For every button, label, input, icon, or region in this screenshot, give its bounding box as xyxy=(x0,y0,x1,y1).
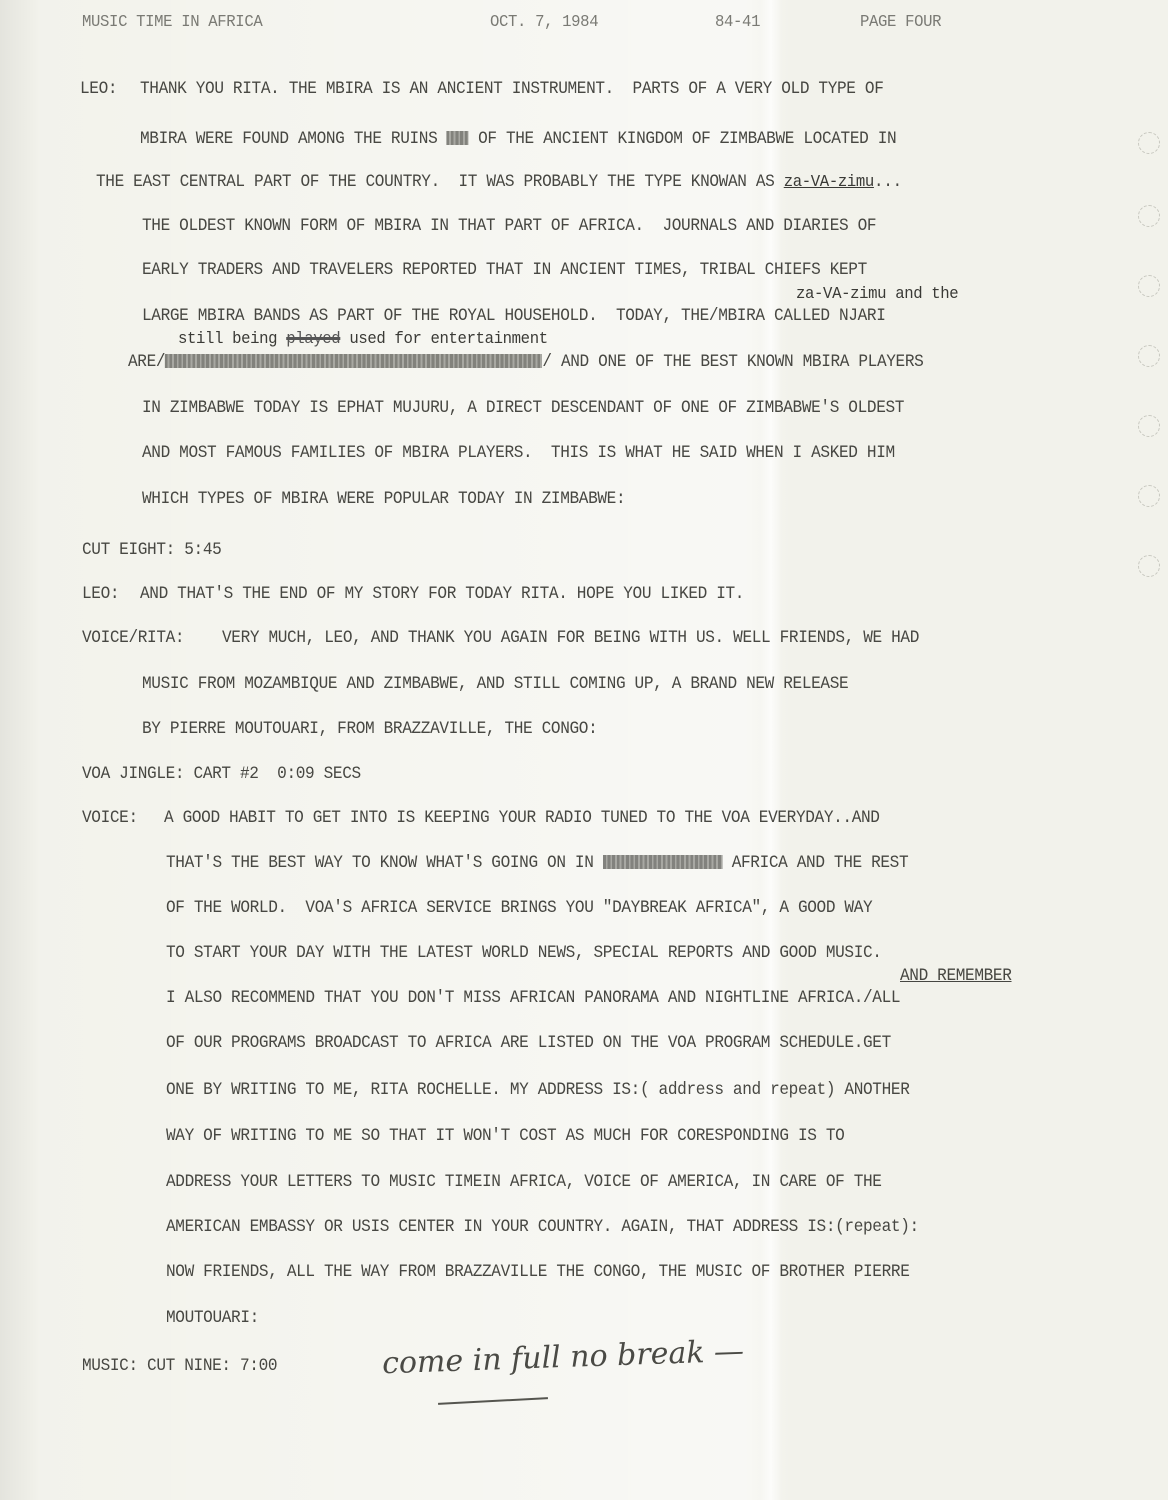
audio-cue-cut-eight: CUT EIGHT: 5:45 xyxy=(82,540,221,560)
page-number: PAGE FOUR xyxy=(860,13,941,32)
script-line: THE OLDEST KNOWN FORM OF MBIRA IN THAT P… xyxy=(142,216,876,236)
script-line: MUSIC FROM MOZAMBIQUE AND ZIMBABWE, AND … xyxy=(142,674,848,694)
script-line: MOUTOUARI: xyxy=(166,1308,259,1328)
script-line: EARLY TRADERS AND TRAVELERS REPORTED THA… xyxy=(142,260,867,280)
term-za-va-zimu: za-VA-zimu xyxy=(784,173,874,192)
script-line: BY PIERRE MOUTOUARI, FROM BRAZZAVILLE, T… xyxy=(142,719,597,739)
redaction-mark xyxy=(447,131,469,145)
script-line: AMERICAN EMBASSY OR USIS CENTER IN YOUR … xyxy=(166,1217,919,1237)
script-line: A GOOD HABIT TO GET INTO IS KEEPING YOUR… xyxy=(164,808,880,828)
handtyped-insertion: still being played used for entertainmen… xyxy=(178,330,548,349)
script-line: THANK YOU RITA. THE MBIRA IS AN ANCIENT … xyxy=(140,79,883,99)
handtyped-insertion: AND REMEMBER xyxy=(900,966,1012,986)
script-line: TO START YOUR DAY WITH THE LATEST WORLD … xyxy=(166,943,882,963)
script-line: MBIRA WERE FOUND AMONG THE RUINS OF THE … xyxy=(140,129,896,149)
program-title: MUSIC TIME IN AFRICA xyxy=(82,13,262,32)
script-line: IN ZIMBABWE TODAY IS EPHAT MUJURU, A DIR… xyxy=(142,398,904,418)
script-line: AND THAT'S THE END OF MY STORY FOR TODAY… xyxy=(140,584,744,604)
binder-hole xyxy=(1138,132,1160,154)
script-line: ADDRESS YOUR LETTERS TO MUSIC TIMEIN AFR… xyxy=(166,1172,882,1192)
speaker-voice: VOICE: xyxy=(82,808,138,828)
handtyped-insertion: za-VA-zimu and the xyxy=(796,285,958,304)
script-line: NOW FRIENDS, ALL THE WAY FROM BRAZZAVILL… xyxy=(166,1262,909,1282)
binder-hole xyxy=(1138,275,1160,297)
binder-hole xyxy=(1138,555,1160,577)
redaction-mark xyxy=(603,855,723,869)
audio-cue-jingle: VOA JINGLE: CART #2 0:09 SECS xyxy=(82,764,361,784)
binder-hole xyxy=(1138,415,1160,437)
script-line: VERY MUCH, LEO, AND THANK YOU AGAIN FOR … xyxy=(222,628,919,648)
speaker-leo: LEO: xyxy=(82,584,119,604)
script-line: I ALSO RECOMMEND THAT YOU DON'T MISS AFR… xyxy=(166,988,900,1008)
binder-hole xyxy=(1138,345,1160,367)
speaker-leo: LEO: xyxy=(80,79,117,99)
script-line: WAY OF WRITING TO ME SO THAT IT WON'T CO… xyxy=(166,1126,844,1146)
speaker-rita: VOICE/RITA: xyxy=(82,628,184,648)
script-line: ONE BY WRITING TO ME, RITA ROCHELLE. MY … xyxy=(166,1080,909,1100)
broadcast-date: OCT. 7, 1984 xyxy=(490,13,598,32)
script-line: THE EAST CENTRAL PART OF THE COUNTRY. IT… xyxy=(96,172,902,192)
binder-hole xyxy=(1138,205,1160,227)
script-line: THAT'S THE BEST WAY TO KNOW WHAT'S GOING… xyxy=(166,853,908,873)
binder-hole xyxy=(1138,485,1160,507)
script-line: ARE// AND ONE OF THE BEST KNOWN MBIRA PL… xyxy=(128,352,923,372)
script-line: OF THE WORLD. VOA'S AFRICA SERVICE BRING… xyxy=(166,898,872,918)
audio-cue-cut-nine: MUSIC: CUT NINE: 7:00 xyxy=(82,1356,277,1376)
script-line: OF OUR PROGRAMS BROADCAST TO AFRICA ARE … xyxy=(166,1033,891,1053)
script-line: WHICH TYPES OF MBIRA WERE POPULAR TODAY … xyxy=(142,489,625,509)
redaction-mark xyxy=(165,354,542,368)
script-line: LARGE MBIRA BANDS AS PART OF THE ROYAL H… xyxy=(142,306,885,326)
script-line: AND MOST FAMOUS FAMILIES OF MBIRA PLAYER… xyxy=(142,443,895,463)
episode-number: 84-41 xyxy=(715,13,760,32)
